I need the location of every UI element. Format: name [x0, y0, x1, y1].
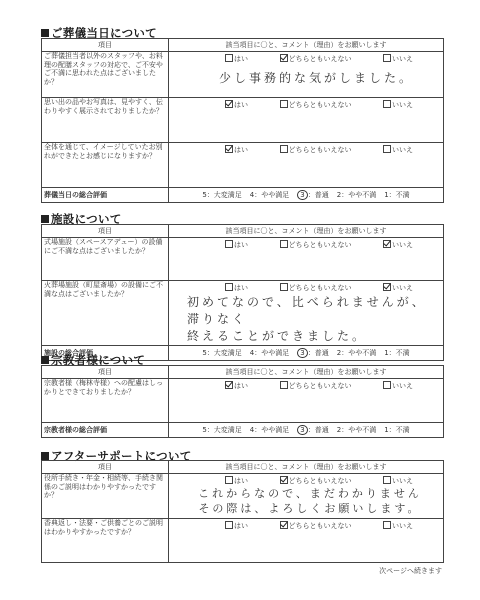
- option-yes[interactable]: はい: [225, 100, 248, 110]
- checkbox-icon[interactable]: [280, 145, 288, 153]
- option-yes[interactable]: はい: [225, 476, 248, 486]
- checkbox-icon[interactable]: [280, 283, 288, 291]
- option-no[interactable]: いいえ: [383, 100, 413, 110]
- rating-1[interactable]: 1：不満: [384, 348, 409, 358]
- option-no[interactable]: いいえ: [383, 240, 413, 250]
- option-label: いいえ: [392, 146, 413, 154]
- rating-scale: 5：大変満足 4：やや満足 3：普通 2：やや不満 1：不満: [169, 348, 443, 358]
- circle-mark-icon: 3: [297, 425, 307, 435]
- rating-5[interactable]: 5：大変満足: [202, 425, 241, 435]
- question-text: ご葬儀担当者以外のスタッフや、お料理の配膳スタッフの対応で、ご不安やご不満に思わ…: [42, 52, 168, 86]
- square-bullet-icon: [41, 215, 49, 223]
- checkbox-icon[interactable]: [225, 476, 233, 484]
- survey-table-funeral-day: 項目 該当項目に〇と、コメント（理由）をお願いします ご葬儀担当者以外のスタッフ…: [41, 38, 444, 203]
- option-yes[interactable]: はい: [225, 381, 248, 391]
- option-yes[interactable]: はい: [225, 283, 248, 293]
- handwritten-comment: 初めてなので、比べられませんが、滞りなく 終えることができました。: [169, 293, 443, 345]
- option-label: はい: [234, 146, 248, 154]
- option-label: いいえ: [392, 522, 413, 530]
- question-text: 香典返し・法要・ご供養ごとのご説明はわかりやすかったですか？: [42, 519, 168, 536]
- option-label: どちらともいえない: [289, 382, 352, 390]
- survey-table-facility: 項目 該当項目に〇と、コメント（理由）をお願いします 式場施設（スペースアデュー…: [41, 224, 444, 361]
- header-item: 項目: [42, 461, 169, 474]
- checkbox-checked-icon[interactable]: [280, 476, 288, 484]
- header-answer: 該当項目に〇と、コメント（理由）をお願いします: [169, 461, 444, 474]
- rating-2[interactable]: 2：やや不満: [337, 190, 376, 200]
- checkbox-icon[interactable]: [225, 54, 233, 62]
- option-neutral[interactable]: どちらともいえない: [280, 476, 352, 486]
- checkbox-checked-icon[interactable]: [225, 100, 233, 108]
- rating-4[interactable]: 4：やや満足: [250, 348, 289, 358]
- option-label: どちらともいえない: [289, 241, 352, 249]
- option-neutral[interactable]: どちらともいえない: [280, 145, 352, 155]
- option-neutral[interactable]: どちらともいえない: [280, 381, 352, 391]
- answer-options: はい どちらともいえない いいえ: [169, 281, 443, 293]
- checkbox-icon[interactable]: [383, 100, 391, 108]
- header-item: 項目: [42, 39, 169, 52]
- header-answer: 該当項目に〇と、コメント（理由）をお願いします: [169, 366, 444, 379]
- checkbox-checked-icon[interactable]: [280, 54, 288, 62]
- checkbox-icon[interactable]: [225, 521, 233, 529]
- comment-line: その際は、よろしくお願いします。: [187, 501, 433, 516]
- header-answer: 該当項目に〇と、コメント（理由）をお願いします: [169, 39, 444, 52]
- option-label: いいえ: [392, 241, 413, 249]
- checkbox-icon[interactable]: [280, 240, 288, 248]
- checkbox-checked-icon[interactable]: [383, 240, 391, 248]
- option-label: いいえ: [392, 101, 413, 109]
- rating-5[interactable]: 5：大変満足: [202, 190, 241, 200]
- checkbox-icon[interactable]: [280, 381, 288, 389]
- table-header-row: 項目 該当項目に〇と、コメント（理由）をお願いします: [42, 225, 444, 238]
- option-label: はい: [234, 55, 248, 63]
- option-no[interactable]: いいえ: [383, 283, 413, 293]
- square-bullet-icon: [41, 452, 49, 460]
- handwritten-comment: これからなので、まだわかりません その際は、よろしくお願いします。: [169, 486, 443, 516]
- checkbox-icon[interactable]: [383, 476, 391, 484]
- overall-evaluation-row: 葬儀当日の総合評価 5：大変満足 4：やや満足 3：普通 2：やや不満 1：不満: [42, 188, 444, 203]
- square-bullet-icon: [41, 356, 49, 364]
- handwritten-comment: 少し事務的な気がしました。: [169, 64, 443, 87]
- rating-4[interactable]: 4：やや満足: [250, 425, 289, 435]
- continued-next-page-note: 次ページへ続きます: [379, 566, 442, 576]
- checkbox-checked-icon[interactable]: [225, 145, 233, 153]
- rating-2[interactable]: 2：やや不満: [337, 348, 376, 358]
- option-yes[interactable]: はい: [225, 521, 248, 531]
- rating-scale: 5：大変満足 4：やや満足 3：普通 2：やや不満 1：不満: [169, 425, 443, 435]
- checkbox-icon[interactable]: [383, 521, 391, 529]
- option-label: いいえ: [392, 477, 413, 485]
- question-text: 全体を通じて、イメージしていたお別れができたとお感じになりますか？: [42, 143, 168, 160]
- comment-line: 初めてなので、比べられませんが、滞りなく: [187, 294, 433, 328]
- checkbox-checked-icon[interactable]: [280, 521, 288, 529]
- table-header-row: 項目 該当項目に〇と、コメント（理由）をお願いします: [42, 366, 444, 379]
- answer-options: はい どちらともいえない いいえ: [169, 52, 443, 64]
- option-yes[interactable]: はい: [225, 54, 248, 64]
- question-text: 宗教者様（梅林寺様）への配慮はしっかりとできておりましたか？: [42, 379, 168, 396]
- header-item: 項目: [42, 366, 169, 379]
- option-label: どちらともいえない: [289, 477, 352, 485]
- question-text: 式場施設（スペースアデュー）の設備にご不満な点はございましたか？: [42, 238, 168, 255]
- option-label: はい: [234, 522, 248, 530]
- option-neutral[interactable]: どちらともいえない: [280, 521, 352, 531]
- overall-evaluation-row: 宗教者様の総合評価 5：大変満足 4：やや満足 3：普通 2：やや不満 1：不満: [42, 423, 444, 438]
- option-label: いいえ: [392, 382, 413, 390]
- rating-3-selected[interactable]: 3：普通: [297, 190, 328, 200]
- question-text: 役所手続き・年金・相続等、手続き関係のご説明はわかりやすかったですか？: [42, 474, 168, 500]
- comment-line: 終えることができました。: [187, 328, 433, 345]
- table-row: 火葬場施設（町屋斎場）の設備にご不満な点はございましたか？ はい どちらともいえ…: [42, 281, 444, 346]
- question-text: 思い出の品やお写真は、見やすく、伝わりやすく展示されておりましたか？: [42, 98, 168, 115]
- rating-3-selected[interactable]: 3：普通: [297, 348, 328, 358]
- option-no[interactable]: いいえ: [383, 476, 413, 486]
- option-label: はい: [234, 477, 248, 485]
- option-label: どちらともいえない: [289, 284, 352, 292]
- question-text: 火葬場施設（町屋斎場）の設備にご不満な点はございましたか？: [42, 281, 168, 298]
- option-label: いいえ: [392, 284, 413, 292]
- table-header-row: 項目 該当項目に〇と、コメント（理由）をお願いします: [42, 39, 444, 52]
- rating-5[interactable]: 5：大変満足: [202, 348, 241, 358]
- option-label: はい: [234, 382, 248, 390]
- answer-options: はい どちらともいえない いいえ: [169, 474, 443, 486]
- option-label: はい: [234, 101, 248, 109]
- table-row: 思い出の品やお写真は、見やすく、伝わりやすく展示されておりましたか？ はい どち…: [42, 98, 444, 143]
- rating-label: ：普通: [308, 426, 329, 434]
- table-row: 式場施設（スペースアデュー）の設備にご不満な点はございましたか？ はい どちらと…: [42, 238, 444, 281]
- answer-options: はい どちらともいえない いいえ: [169, 143, 443, 155]
- rating-1[interactable]: 1：不満: [384, 425, 409, 435]
- checkbox-icon[interactable]: [225, 283, 233, 291]
- table-row: 宗教者様（梅林寺様）への配慮はしっかりとできておりましたか？ はい どちらともい…: [42, 379, 444, 423]
- table-row: 役所手続き・年金・相続等、手続き関係のご説明はわかりやすかったですか？ はい ど…: [42, 474, 444, 519]
- option-no[interactable]: いいえ: [383, 54, 413, 64]
- option-label: はい: [234, 284, 248, 292]
- option-label: どちらともいえない: [289, 146, 352, 154]
- option-yes[interactable]: はい: [225, 240, 248, 250]
- rating-4[interactable]: 4：やや満足: [250, 190, 289, 200]
- option-yes[interactable]: はい: [225, 145, 248, 155]
- option-neutral[interactable]: どちらともいえない: [280, 100, 352, 110]
- option-neutral[interactable]: どちらともいえない: [280, 283, 352, 293]
- circle-mark-icon: 3: [297, 348, 307, 358]
- answer-options: はい どちらともいえない いいえ: [169, 238, 443, 250]
- answer-options: はい どちらともいえない いいえ: [169, 379, 443, 391]
- option-label: はい: [234, 241, 248, 249]
- checkbox-icon[interactable]: [280, 100, 288, 108]
- option-label: いいえ: [392, 55, 413, 63]
- rating-1[interactable]: 1：不満: [384, 190, 409, 200]
- survey-table-religious: 項目 該当項目に〇と、コメント（理由）をお願いします 宗教者様（梅林寺様）への配…: [41, 365, 444, 438]
- table-row: 香典返し・法要・ご供養ごとのご説明はわかりやすかったですか？ はい どちらともい…: [42, 519, 444, 563]
- table-row: 全体を通じて、イメージしていたお別れができたとお感じになりますか？ はい どちら…: [42, 143, 444, 188]
- rating-2[interactable]: 2：やや不満: [337, 425, 376, 435]
- option-neutral[interactable]: どちらともいえない: [280, 240, 352, 250]
- survey-table-after-support: 項目 該当項目に〇と、コメント（理由）をお願いします 役所手続き・年金・相続等、…: [41, 460, 444, 563]
- rating-label: ：普通: [308, 349, 329, 357]
- option-label: どちらともいえない: [289, 101, 352, 109]
- evaluation-label: 葬儀当日の総合評価: [42, 188, 169, 203]
- option-label: どちらともいえない: [289, 55, 352, 63]
- evaluation-label: 宗教者様の総合評価: [42, 423, 169, 438]
- table-row: ご葬儀担当者以外のスタッフや、お料理の配膳スタッフの対応で、ご不安やご不満に思わ…: [42, 52, 444, 98]
- rating-label: ：普通: [308, 191, 329, 199]
- table-header-row: 項目 該当項目に〇と、コメント（理由）をお願いします: [42, 461, 444, 474]
- answer-options: はい どちらともいえない いいえ: [169, 519, 443, 531]
- checkbox-icon[interactable]: [225, 240, 233, 248]
- circle-mark-icon: 3: [297, 190, 307, 200]
- rating-scale: 5：大変満足 4：やや満足 3：普通 2：やや不満 1：不満: [169, 190, 443, 200]
- option-no[interactable]: いいえ: [383, 521, 413, 531]
- comment-line: これからなので、まだわかりません: [187, 486, 433, 501]
- answer-options: はい どちらともいえない いいえ: [169, 98, 443, 110]
- header-answer: 該当項目に〇と、コメント（理由）をお願いします: [169, 225, 444, 238]
- rating-3-selected[interactable]: 3：普通: [297, 425, 328, 435]
- option-neutral[interactable]: どちらともいえない: [280, 54, 352, 64]
- square-bullet-icon: [41, 29, 49, 37]
- checkbox-icon[interactable]: [383, 145, 391, 153]
- option-no[interactable]: いいえ: [383, 381, 413, 391]
- checkbox-checked-icon[interactable]: [225, 381, 233, 389]
- checkbox-icon[interactable]: [383, 54, 391, 62]
- option-no[interactable]: いいえ: [383, 145, 413, 155]
- checkbox-checked-icon[interactable]: [383, 283, 391, 291]
- option-label: どちらともいえない: [289, 522, 352, 530]
- checkbox-icon[interactable]: [383, 381, 391, 389]
- header-item: 項目: [42, 225, 169, 238]
